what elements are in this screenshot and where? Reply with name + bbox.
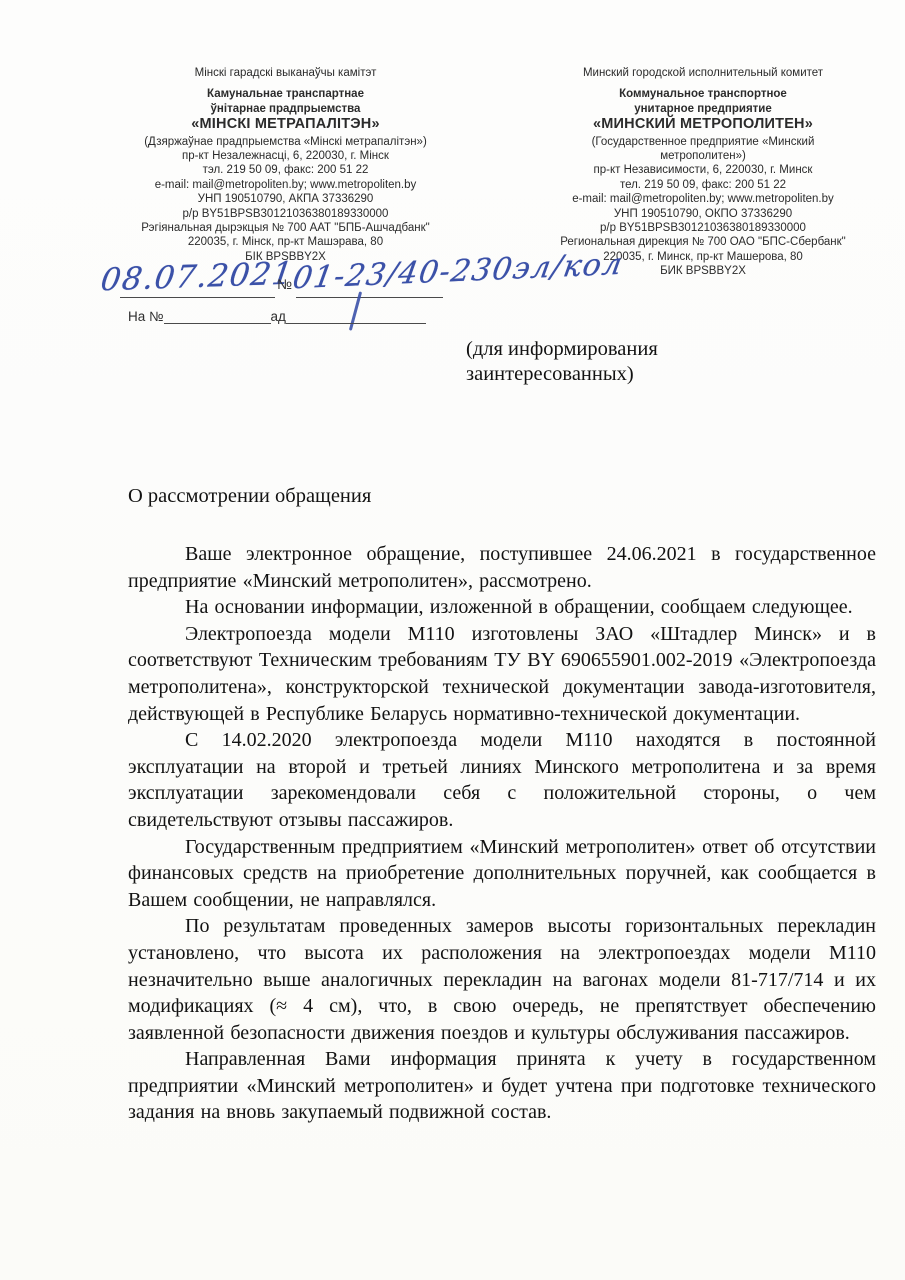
letterhead-line: Минский городской исполнительный комитет (527, 66, 879, 80)
letterhead-line: тэл. 219 50 09, факс: 200 51 22 (108, 163, 463, 177)
reply-date-blank (286, 308, 426, 324)
body-paragraph: По результатам проведенных замеров высот… (128, 913, 876, 1046)
letterhead-line: Коммунальное транспортное (527, 87, 879, 101)
scanned-letter-page: Мінскі гарадскі выканаўчы камітэт Камуна… (0, 0, 905, 1280)
reply-prefix-label: На № (128, 309, 164, 324)
reply-number-blank (164, 308, 271, 324)
reply-reference-line: На № ад (128, 308, 426, 324)
letterhead-line: пр-кт Незалежнасці, 6, 220030, г. Мінск (108, 149, 463, 163)
body-paragraph: С 14.02.2020 электропоезда модели М110 н… (128, 727, 876, 833)
body-paragraph: Электропоезда модели М110 изготовлены ЗА… (128, 621, 876, 727)
letterhead-line: (Государственное предприятие «Минский (527, 135, 879, 149)
handwritten-date: 08.07.2021 (99, 256, 296, 299)
letterhead-line: р/р BY51BPSB30121036380189330000 (527, 221, 879, 235)
body-paragraph: Ваше электронное обращение, поступившее … (128, 541, 876, 594)
letterhead-line: УНП 190510790, ОКПО 37336290 (527, 207, 879, 221)
reply-separator-label: ад (271, 309, 286, 324)
letterhead-line: 220035, г. Мінск, пр-кт Машэрава, 80 (108, 235, 463, 249)
organization-name-ru: «МИНСКИЙ МЕТРОПОЛИТЕН» (527, 117, 879, 131)
letterhead-line: р/р BY51BPSB30121036380189330000 (108, 207, 463, 221)
letterhead-line: УНП 190510790, АКПА 37336290 (108, 192, 463, 206)
letterhead-line: e-mail: mail@metropoliten.by; www.metrop… (527, 192, 879, 206)
letterhead-line: Рэгіянальная дырэкцыя № 700 ААТ "БПБ-Ашч… (108, 221, 463, 235)
number-sign: № (277, 276, 292, 292)
letterhead-line: тел. 219 50 09, факс: 200 51 22 (527, 178, 879, 192)
number-underline (296, 297, 443, 298)
body-paragraph: На основании информации, изложенной в об… (128, 594, 876, 621)
letterhead-line: e-mail: mail@metropoliten.by; www.metrop… (108, 178, 463, 192)
letterhead-line: Камунальнае транспартнае (108, 87, 463, 101)
letterhead-line: унитарное предприятие (527, 102, 879, 116)
body-paragraph: Государственным предприятием «Минский ме… (128, 834, 876, 914)
letterhead-russian: Минский городской исполнительный комитет… (527, 66, 879, 279)
letterhead-line: метрополитен») (527, 149, 879, 163)
letterhead-line: пр-кт Независимости, 6, 220030, г. Минск (527, 163, 879, 177)
letterhead-line: Мінскі гарадскі выканаўчы камітэт (108, 66, 463, 80)
subject-line: О рассмотрении обращения (128, 485, 371, 508)
body-paragraph: Направленная Вами информация принята к у… (128, 1046, 876, 1126)
letter-body: Ваше электронное обращение, поступившее … (128, 541, 876, 1126)
organization-name-by: «МІНСКІ МЕТРАПАЛІТЭН» (108, 117, 463, 131)
date-underline (120, 297, 275, 298)
recipient-note: (для информирования заинтересованных) (466, 337, 786, 387)
letterhead-line: ўнітарнае прадпрыемства (108, 102, 463, 116)
letterhead-belarusian: Мінскі гарадскі выканаўчы камітэт Камуна… (108, 66, 463, 264)
letterhead-line: (Дзяржаўнае прадпрыемства «Мінскі метрап… (108, 135, 463, 149)
